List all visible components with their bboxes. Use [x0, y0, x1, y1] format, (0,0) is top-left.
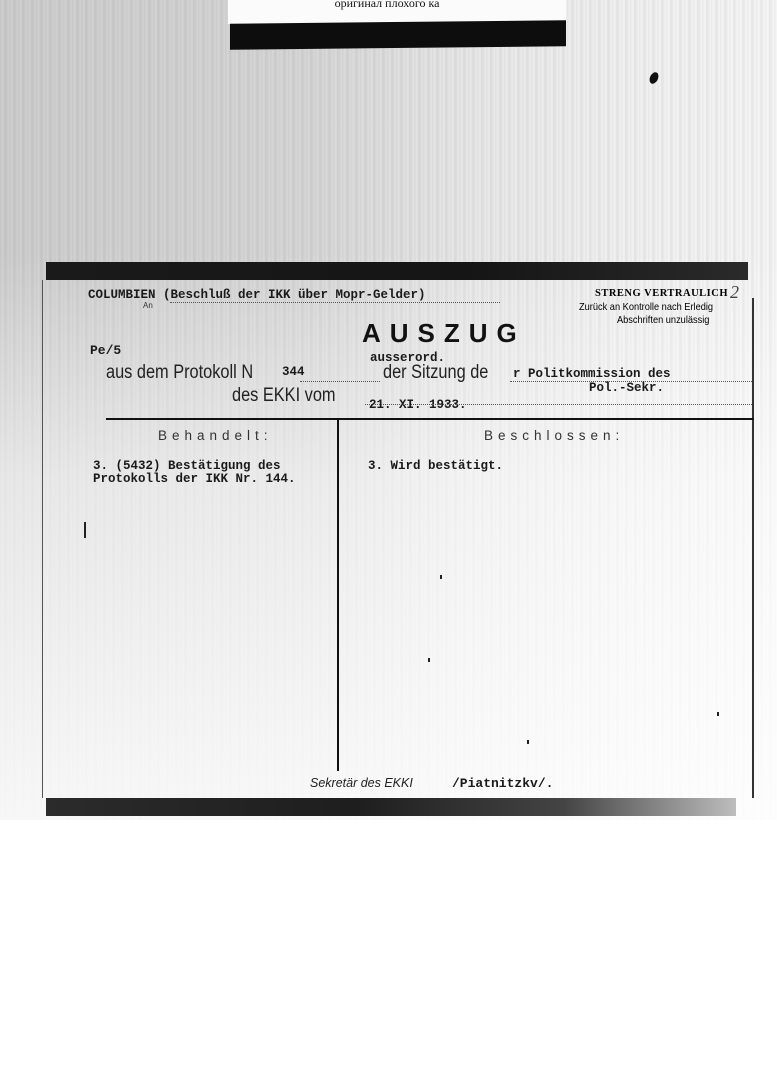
black-redaction-bar: [230, 20, 566, 50]
date-line-prefix: des EKKI vom: [232, 385, 336, 407]
copies-note: Abschriften unzulässig: [617, 314, 709, 326]
form-right-edge: [752, 298, 754, 798]
table-header-rule: [106, 418, 754, 420]
meeting-date: 21. XI. 1933.: [369, 398, 467, 412]
signatory-name: /Piatnitzkv/.: [452, 776, 553, 791]
column-header-discussed: Behandelt:: [158, 428, 273, 443]
ink-speck: [428, 658, 430, 662]
meeting-line-text: der Sitzung de: [383, 362, 488, 384]
subject-dotted-line: [170, 302, 500, 303]
protocol-dotted-line: [300, 381, 380, 382]
column-header-resolved: Beschlossen:: [484, 428, 624, 443]
form-bottom-bar: [46, 798, 736, 816]
ink-speck: [440, 575, 442, 579]
signature-label: Sekretär des EKKI: [310, 776, 413, 790]
protocol-line-prefix: aus dem Protokoll N: [106, 362, 253, 384]
return-note: Zurück an Kontrolle nach Erledig: [579, 301, 713, 313]
agenda-item-line1: 3. (5432) Bestätigung des: [93, 459, 281, 473]
form-top-bar: [46, 262, 748, 280]
date-dotted-line: [365, 404, 752, 405]
committee-name: r Politkommission des: [513, 367, 671, 381]
archive-label-text: оригинал плохого ка: [335, 0, 440, 10]
committee-name-2: Pol.-Sekr.: [589, 381, 664, 395]
column-divider: [337, 419, 339, 771]
handwritten-page-number: 2: [730, 282, 739, 303]
document-subject: COLUMBIEN (Beschluß der IKK über Mopr-Ge…: [88, 288, 426, 302]
protocol-number: 344: [282, 365, 305, 379]
document-title: AUSZUG: [362, 318, 526, 349]
reference-code: Pe/5: [90, 343, 121, 358]
resolution-item: 3. Wird bestätigt.: [368, 459, 503, 473]
form-left-edge: [42, 280, 43, 798]
ink-speck: [717, 712, 719, 716]
ink-speck: [84, 522, 86, 538]
subject-annotation: An: [143, 301, 153, 310]
ink-speck: [527, 740, 529, 744]
confidential-stamp: STRENG VERTRAULICH: [595, 288, 728, 299]
blank-lower-area: [0, 820, 777, 1080]
agenda-item-line2: Protokolls der IKK Nr. 144.: [93, 472, 296, 486]
